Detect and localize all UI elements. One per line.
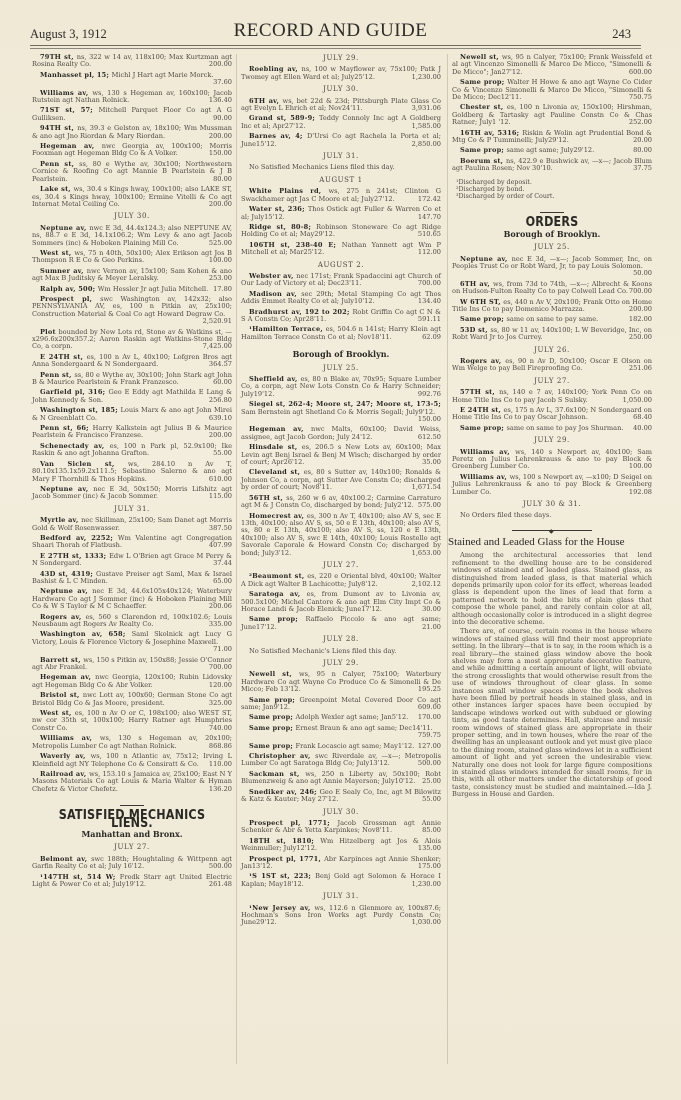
amount: 30.00: [422, 606, 441, 613]
amount: 868.86: [209, 743, 232, 750]
amount: 135.00: [418, 845, 441, 852]
amount: 261.48: [209, 881, 232, 888]
day-heading: JULY 27.: [452, 378, 652, 385]
amount: 575.00: [418, 502, 441, 509]
amount: 100.00: [629, 463, 652, 470]
amount: 500.00: [209, 863, 232, 870]
list-item: Ralph av, 500; Wm Hessler Jr agt Julia M…: [32, 286, 232, 293]
entry-details: Wm Hessler Jr agt Julia Mitchell.: [98, 285, 208, 293]
amount: 510.65: [418, 231, 441, 238]
amount: 250.00: [629, 334, 652, 341]
day-heading: JULY 25.: [452, 244, 652, 251]
lien-list: White Plains rd, ws, 275 n 241st; Clinto…: [241, 188, 441, 256]
amount: 62.09: [422, 334, 441, 341]
entry-details: same on same to pay same.: [507, 315, 599, 323]
entry-details: same agt same; July29'12.: [507, 146, 595, 154]
property-name: Ralph av, 500;: [40, 285, 98, 293]
day-heading: JULY 31.: [32, 506, 232, 513]
list-item: Bradhurst av, 192 to 202; Robt Griffin C…: [241, 309, 441, 324]
list-item: Christopher av, swc Riverdale av, —x—; M…: [241, 753, 441, 768]
list-item: ¹S 1ST st, 223; Benj Gold agt Solomon & …: [241, 873, 441, 888]
list-item: Bristol st, nwc Lott av, 100x60; German …: [32, 692, 232, 707]
entry-details: Ernest Braun & ano agt same; Dec14'11.: [296, 724, 433, 732]
list-item: Barrett st, ws, 150 s Pitkin av, 150x88;…: [32, 657, 232, 672]
amount: 700.00: [629, 288, 652, 295]
day-heading: JULY 30.: [32, 213, 232, 220]
amount: 407.99: [209, 542, 232, 549]
amount: 147.70: [418, 214, 441, 221]
list-item: ¹147TH st, 514 W; Fredk Starr agt United…: [32, 874, 232, 889]
lien-list: Webster av, nec 171st; Frank Spadaccini …: [241, 273, 441, 341]
amount: 1,230.00: [412, 74, 441, 81]
amount: 1,030.00: [412, 919, 441, 926]
property-name: Same prop;: [249, 724, 296, 732]
amount: 2,850.00: [412, 141, 441, 148]
article-paragraph: There are, of course, certain rooms in t…: [452, 628, 652, 798]
page-number: 243: [481, 27, 631, 42]
amount: 195.25: [418, 686, 441, 693]
section-title: ORDERS: [466, 219, 638, 226]
amount: 251.06: [629, 365, 652, 372]
list-item: Siegel st, 262-4; Moore st, 247; Moore s…: [241, 401, 441, 423]
list-item: Garfield pl, 316; Geo E Eddy agt Mathild…: [32, 389, 232, 404]
entry-details: Frank Locascio agt same; May1'12.: [296, 742, 415, 750]
list-item: ¹Hamilton Terrace, es, 504.6 n 141st; Ha…: [241, 326, 441, 341]
amount: 170.00: [418, 714, 441, 721]
list-item: Same prop; Greenpoint Metal Covered Door…: [241, 697, 441, 712]
list-item: Washington st, 185; Louis Marx & ano agt…: [32, 407, 232, 422]
amount: 127.00: [418, 743, 441, 750]
amount: 37.75: [633, 165, 652, 172]
list-item: ¹New Jersey av, ws, 112.6 n Glenmore av,…: [241, 905, 441, 927]
amount: 134.40: [418, 298, 441, 305]
amount: 750.75: [629, 94, 652, 101]
amount: 172.42: [418, 196, 441, 203]
list-item: Belmont av, swc 188th; Houghtaling & Wit…: [32, 856, 232, 871]
list-item: E 27TH st, 1333; Edw L O'Brien agt Grace…: [32, 553, 232, 568]
list-item: Myrtle av, nec Skillman, 25x100; Sam Dan…: [32, 517, 232, 532]
amount: 600.00: [629, 69, 652, 76]
list-item: Same prop; Raffaelo Piccolo & ano agt sa…: [241, 616, 441, 631]
day-heading: JULY 29.: [241, 660, 441, 667]
list-item: Washington av, 658; Saml Skolnick agt Lu…: [32, 631, 232, 653]
list-item: Bedford av, 2252; Wm Valentine agt Congr…: [32, 535, 232, 550]
amount: 37.44: [213, 560, 232, 567]
amount: 110.00: [209, 761, 232, 768]
column-divider: [236, 54, 237, 1064]
list-item: Homecrest av, es, 300 n Av T, 40x100; al…: [241, 513, 441, 557]
amount: 85.00: [422, 827, 441, 834]
column-1: 79TH st, ns, 322 w 14 av, 118x100; Max K…: [32, 54, 232, 891]
masthead-rule: [30, 45, 641, 46]
section-subtitle: Manhattan and Bronx.: [32, 831, 232, 838]
list-item: Snediker av, 246; Geo E Sealy Co, Inc, a…: [241, 789, 441, 804]
day-heading: JULY 30 & 31.: [452, 501, 652, 508]
column-3: Newell st, ws, 95 n Calyer, 75x100; Fran…: [452, 54, 652, 801]
amount: 182.00: [629, 316, 652, 323]
list-item: Sheffield av, es, 80 n Blake av, 70x95; …: [241, 376, 441, 398]
footnotes: ¹Discharged by deposit. ²Discharged by b…: [456, 179, 652, 201]
list-item: West st, ws, 75 n 40th, 50x100; Alex Eri…: [32, 250, 232, 265]
section-divider: [120, 805, 144, 806]
amount: 25.00: [422, 778, 441, 785]
list-item: Manhasset pl, 15; Michl J Hart agt Marie…: [32, 72, 232, 87]
day-heading: JULY 26.: [452, 347, 652, 354]
amount: 192.08: [629, 489, 652, 496]
order-list: 57TH st, ns, 140 e 7 av, 140x100; York P…: [452, 389, 652, 432]
amount: 55.00: [422, 796, 441, 803]
list-item: E 24TH st, es, 100 n Av L, 40x100; Lofgr…: [32, 354, 232, 369]
amount: 200.00: [209, 61, 232, 68]
borough-heading: Borough of Brooklyn.: [241, 351, 441, 358]
amount: 90.00: [213, 115, 232, 122]
amount: 150.00: [418, 416, 441, 423]
list-item: Barnes av, 4; D'Ursi Co agt Rachela la P…: [241, 133, 441, 148]
diamond-ornament-icon: ◆: [549, 528, 554, 535]
amount: 700.00: [418, 280, 441, 287]
list-item: Waverly av, ws, 100 n Atlantic av, 75x12…: [32, 753, 232, 768]
list-item: 16TH av, 5316; Riskin & Wolin agt Pruden…: [452, 130, 652, 145]
no-filings-note: No Satisfied Mechanics Liens filed this …: [241, 164, 441, 171]
amount: 21.00: [422, 624, 441, 631]
newspaper-page: August 3, 1912 RECORD AND GUIDE 243 79TH…: [0, 0, 681, 1100]
list-item: W 6TH ST, es, 440 n Av V, 20x100; Frank …: [452, 299, 652, 314]
lien-list: Myrtle av, nec Skillman, 25x100; Sam Dan…: [32, 517, 232, 793]
list-item: Water st, 236; Thos Ostick agt Fuller & …: [241, 206, 441, 221]
list-item: Chester st, es, 100 n Livonia av, 150x10…: [452, 104, 652, 126]
lien-list: ²Beaumont st, es, 220 e Oriental blvd, 4…: [241, 573, 441, 631]
day-heading: JULY 30.: [241, 809, 441, 816]
amount: 992.76: [418, 391, 441, 398]
amount: 325.00: [209, 700, 232, 707]
list-item: Newell st, ws, 95 n Calyer, 75x100; Wate…: [241, 671, 441, 693]
list-item: Prospect pl, 1771, Abr Karpinces agt Ann…: [241, 856, 441, 871]
lien-list: 79TH st, ns, 322 w 14 av, 118x100; Max K…: [32, 54, 232, 208]
list-item: Same prop; same agt same; July29'12. 80.…: [452, 147, 652, 154]
property-name: Same prop;: [460, 146, 507, 154]
amount: 759.75: [418, 732, 441, 739]
entry-details: Michl J Hart agt Marie Morck.: [112, 71, 214, 79]
list-item: Williams av, ws, 140 s Newport av, 40x10…: [452, 449, 652, 471]
list-item: Saratoga av, es, from Dumont av to Livon…: [241, 591, 441, 613]
ornamental-divider: ◆: [512, 530, 592, 531]
amount: 136.40: [209, 97, 232, 104]
lien-list: Belmont av, swc 188th; Houghtaling & Wit…: [32, 856, 232, 889]
article-paragraph: Among the architectural accessories that…: [452, 552, 652, 626]
list-item: Hegeman av, nwc Georgia, 120x100; Rubin …: [32, 674, 232, 689]
amount: 200.00: [209, 432, 232, 439]
day-heading: JULY 27.: [32, 844, 232, 851]
list-item: Railroad av, ws, 153.10 s Jamaica av, 25…: [32, 771, 232, 793]
list-item: ²Beaumont st, es, 220 e Oriental blvd, 4…: [241, 573, 441, 588]
list-item: 43D st, 4319; Gustave Preiser agt Saml, …: [32, 571, 232, 586]
list-item: Penn st, 66; Harry Kalkstein agt Julius …: [32, 425, 232, 440]
list-item: Rogers av, es, 90 n Av D, 50x100; Oscar …: [452, 358, 652, 373]
day-heading: JULY 30.: [241, 86, 441, 93]
lien-list: Prospect pl, 1771; Jacob Grossman agt An…: [241, 820, 441, 888]
property-name: Same prop;: [249, 713, 296, 721]
amount: 80.00: [213, 176, 232, 183]
amount: 612.50: [418, 434, 441, 441]
list-item: Same prop; Frank Locascio agt same; May1…: [241, 743, 441, 750]
lien-list: ¹New Jersey av, ws, 112.6 n Glenmore av,…: [241, 905, 441, 927]
entry-details: Adolph Wexler agt same; Jan5'12.: [296, 713, 409, 721]
list-item: West st, es, 100 n Av O or C, 198x100; a…: [32, 710, 232, 732]
amount: 253.00: [209, 275, 232, 282]
amount: 112.00: [418, 249, 441, 256]
amount: 55.00: [213, 450, 232, 457]
amount: 610.00: [209, 476, 232, 483]
list-item: Sackman st, ws, 250 n Liberty av, 50x100…: [241, 771, 441, 786]
footnote: ³Discharged by order of Court.: [456, 193, 652, 200]
amount: 65.00: [213, 578, 232, 585]
footnote: ²Discharged by bond.: [456, 186, 652, 193]
list-item: Rogers av, es, 560 s Clarendon rd, 100x1…: [32, 614, 232, 629]
order-list: Williams av, ws, 140 s Newport av, 40x10…: [452, 449, 652, 496]
amount: 7,425.00: [203, 343, 232, 350]
amount: 120.00: [209, 682, 232, 689]
list-item: Williams av, ws, 130 s Hegeman av, 160x1…: [32, 90, 232, 105]
amount: 1,230.00: [412, 881, 441, 888]
list-item: White Plains rd, ws, 275 n 241st; Clinto…: [241, 188, 441, 203]
borough-heading: Borough of Brooklyn.: [452, 231, 652, 238]
list-item: Van Siclen st, ws, 284.10 n Av T, 80.10x…: [32, 461, 232, 483]
property-name: Manhasset pl, 15;: [40, 71, 112, 79]
list-item: Williams av, ws, 130 s Hegeman av, 20x10…: [32, 735, 232, 750]
amount: 2,102.12: [412, 581, 441, 588]
order-list: Rogers av, es, 90 n Av D, 50x100; Oscar …: [452, 358, 652, 373]
amount: 335.00: [209, 621, 232, 628]
day-heading: JULY 25.: [241, 365, 441, 372]
list-item: 79TH st, ns, 322 w 14 av, 118x100; Max K…: [32, 54, 232, 69]
amount: 20.00: [633, 137, 652, 144]
list-item: Roebling av, ns, 100 w Mayflower av, 75x…: [241, 66, 441, 81]
amount: 50.00: [633, 270, 652, 277]
amount: 500.00: [418, 760, 441, 767]
amount: 60.00: [213, 379, 232, 386]
footnote: ¹Discharged by deposit.: [456, 179, 652, 186]
amount: 256.80: [209, 397, 232, 404]
amount: 740.00: [209, 725, 232, 732]
lien-list: Neptune av, nwc E 3d, 44.4x124.3; also N…: [32, 225, 232, 501]
list-item: Penn st, ss, 80 e Wythe av, 30x100; Nort…: [32, 161, 232, 183]
amount: 1,653.00: [412, 550, 441, 557]
list-item: Same prop; same on same to pay same. 182…: [452, 316, 652, 323]
list-item: 106TH st, 238-40 E; Nathan Yannett agt W…: [241, 242, 441, 257]
amount: 200.00: [209, 201, 232, 208]
amount: 115.00: [209, 493, 232, 500]
day-heading: JULY 28.: [241, 636, 441, 643]
amount: 1,050.00: [623, 397, 652, 404]
list-item: Madison av, sec 29th; Metal Stamping Co …: [241, 291, 441, 306]
amount: 136.20: [209, 786, 232, 793]
amount: 3,931.06: [412, 105, 441, 112]
list-item: Hegeman av, nwc Georgia av, 100x100; Mor…: [32, 143, 232, 158]
lien-list: Sheffield av, es, 80 n Blake av, 70x95; …: [241, 376, 441, 557]
amount: 639.10: [209, 415, 232, 422]
amount: 609.00: [418, 704, 441, 711]
amount: 1,671.54: [412, 484, 441, 491]
amount: 175.00: [418, 863, 441, 870]
list-item: Ridge st, 80-8; Robinson Stoneware Co ag…: [241, 224, 441, 239]
section-divider: [540, 212, 564, 213]
amount: 100.00: [209, 257, 232, 264]
section-title: SATISFIED MECHANICS LIENS.: [46, 812, 218, 827]
amount: 17.80: [213, 286, 232, 293]
list-item: Same prop; Ernest Braun & ano agt same; …: [241, 725, 441, 740]
list-item: Boerum st, ns, 422.9 e Bushwick av, —x—;…: [452, 158, 652, 173]
order-list: Neptune av, nec E 3d, —x—; Jacob Sommer,…: [452, 256, 652, 342]
amount: 37.60: [213, 79, 232, 86]
amount: 200.00: [209, 133, 232, 140]
property-name: Same prop;: [460, 424, 507, 432]
amount: 200.06: [209, 603, 232, 610]
list-item: Same prop; Adolph Wexler agt same; Jan5'…: [241, 714, 441, 721]
lien-list: 6TH av, ws, bet 22d & 23d; Pittsburgh Pl…: [241, 98, 441, 148]
list-item: Schenectady av, es, 100 n Park pl, 52.9x…: [32, 443, 232, 458]
article-title: Stained and Leaded Glass for the House: [448, 539, 652, 546]
list-item: Williams av, ws, 100 s Newport av, —x100…: [452, 474, 652, 496]
day-heading: JULY 31.: [241, 893, 441, 900]
entry-details: Sam Bernstein agt Shetland Co & Morris S…: [241, 408, 435, 416]
issue-date: August 3, 1912: [30, 27, 180, 42]
list-item: Neptune av, nec E 3d, 50x150; Morris Lif…: [32, 486, 232, 501]
list-item: 53D st, ss, 80 w 11 av, 140x100; L W Bev…: [452, 327, 652, 342]
list-item: Same prop; same on same to pay Jos Shurm…: [452, 425, 652, 432]
list-item: Plot bounded by New Lots rd, Stone av & …: [32, 329, 232, 351]
list-item: Hinsdale st, es, 206.5 s New Lots av, 60…: [241, 444, 441, 466]
day-heading: JULY 31.: [241, 153, 441, 160]
amount: 35.00: [422, 459, 441, 466]
column-divider: [447, 54, 448, 1064]
list-item: Prospect pl, swc Washington av, 142x32; …: [32, 296, 232, 326]
list-item: Newell st, ws, 95 n Calyer, 75x100; Fran…: [452, 54, 652, 76]
masthead-rule-thin: [30, 48, 641, 49]
amount: 150.00: [209, 150, 232, 157]
day-heading: JULY 29.: [452, 437, 652, 444]
amount: 40.00: [633, 425, 652, 432]
list-item: Sumner av, nwc Vernon av, 15x100; Sam Ko…: [32, 268, 232, 283]
amount: 200.00: [629, 306, 652, 313]
amount: 364.57: [209, 361, 232, 368]
amount: 2,520.91: [203, 318, 232, 325]
list-item: 71ST st, 57; Mitchell Parquet Floor Co a…: [32, 107, 232, 122]
publication-title: RECORD AND GUIDE: [180, 20, 481, 42]
amount: 80.00: [633, 147, 652, 154]
entry-details: same on same to pay Jos Shurman.: [507, 424, 624, 432]
list-item: Grand st, 589-9; Teddy Connoly Inc agt A…: [241, 115, 441, 130]
amount: 591.11: [418, 316, 441, 323]
no-filings-note: No Orders filed these days.: [452, 512, 652, 519]
amount: 252.00: [629, 119, 652, 126]
list-item: Neptune av, nec E 3d, 44.6x105x40x124; W…: [32, 588, 232, 610]
list-item: 57TH st, ns, 140 e 7 av, 140x100; York P…: [452, 389, 652, 404]
masthead: August 3, 1912 RECORD AND GUIDE 243: [30, 14, 631, 42]
list-item: Prospect pl, 1771; Jacob Grossman agt An…: [241, 820, 441, 835]
list-item: Webster av, nec 171st; Frank Spadaccini …: [241, 273, 441, 288]
list-item: Neptune av, nwc E 3d, 44.4x124.3; also N…: [32, 225, 232, 247]
list-item: E 24TH st, es, 175 n Av L, 37.6x100; N S…: [452, 407, 652, 422]
lien-list: Roebling av, ns, 100 w Mayflower av, 75x…: [241, 66, 441, 81]
lien-list: Newell st, ws, 95 n Calyer, 75x100; Wate…: [241, 671, 441, 803]
list-item: Penn st, ss, 80 e Wythe av, 30x100; John…: [32, 372, 232, 387]
day-heading: AUGUST 1: [241, 177, 441, 184]
amount: 68.40: [633, 414, 652, 421]
property-name: Same prop;: [460, 315, 507, 323]
property-name: Same prop;: [249, 742, 296, 750]
list-item: Neptune av, nec E 3d, —x—; Jacob Sommer,…: [452, 256, 652, 278]
list-item: Hegeman av, nwc Malts, 60x100; David Wei…: [241, 426, 441, 441]
list-item: 18TH st, 1810; Wm Hitzelberg agt Jos & A…: [241, 838, 441, 853]
day-heading: AUGUST 2.: [241, 262, 441, 269]
day-heading: JULY 27.: [241, 562, 441, 569]
no-filings-note: No Satisfied Mechanic's Liens filed this…: [241, 648, 441, 655]
list-item: 56TH st, ss, 260 w 6 av, 40x100.2; Carmi…: [241, 495, 441, 510]
amount: 700.00: [209, 664, 232, 671]
amount: 71.00: [213, 646, 232, 653]
amount: 387.50: [209, 525, 232, 532]
day-heading: JULY 29.: [241, 55, 441, 62]
list-item: Lake st, ws, 30.4 s Kings hway, 100x100;…: [32, 186, 232, 208]
list-item: Same prop; Walter H Howe & ano agt Wayne…: [452, 79, 652, 101]
list-item: Cleveland st, es, 80 s Sutter av, 140x10…: [241, 469, 441, 491]
amount: 525.00: [209, 240, 232, 247]
list-item: 94TH st, ns, 39.3 e Gelston av, 18x100; …: [32, 125, 232, 140]
column-2: JULY 29. Roebling av, ns, 100 w Mayflowe…: [241, 54, 441, 930]
list-item: 6TH av, ws, bet 22d & 23d; Pittsburgh Pl…: [241, 98, 441, 113]
list-item: 6TH av, ws, from 73d to 74th, —x—; Albre…: [452, 281, 652, 296]
lien-list: Newell st, ws, 95 n Calyer, 75x100; Fran…: [452, 54, 652, 173]
amount: 1,585.00: [412, 123, 441, 130]
